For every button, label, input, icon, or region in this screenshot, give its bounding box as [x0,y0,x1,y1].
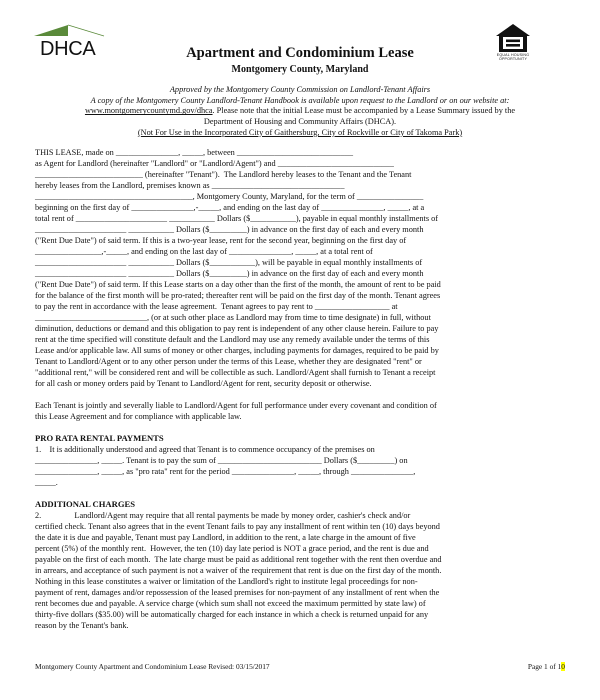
text-line: _____. [35,477,570,488]
text-line: total rent of ______________________ ___… [35,213,570,224]
text-line: THIS LEASE, made on _______________, ___… [35,147,570,158]
text-line: for the balance of the first month will … [35,290,570,301]
text-line: rent becomes due and payable. A service … [35,598,570,609]
text-line: "additional rent," will be considered re… [35,367,570,378]
text-line: __________________________ (hereinafter … [35,169,570,180]
additional-charges-heading: ADDITIONAL CHARGES [35,499,570,510]
website-link[interactable]: www.montgomerycountymd.gov/dhca [85,106,213,115]
document-subtitle: Montgomery County, Maryland [0,64,600,75]
summary-line-2: Department of Housing and Community Affa… [30,117,570,128]
text-line: ___________________________, (or at such… [35,312,570,323]
text-line: ________________,-_____, and ending on t… [35,246,570,257]
lease-paragraph: THIS LEASE, made on _______________, ___… [35,147,570,389]
text-line: ("Rent Due Date") of said term. If this … [35,279,570,290]
text-line: ______________________________________, … [35,191,570,202]
text-line: Lease and/or applicable law. All sums of… [35,345,570,356]
text-line: _______________, _____. Tenant is to pay… [35,455,570,466]
additional-charges-paragraph: 2. Landlord/Agent may require that all r… [35,510,570,631]
summary-text: . Please note that the initial Lease mus… [213,106,516,115]
text-line: ("Rent Due Date") of said term. If this … [35,235,570,246]
text-line: beginning on the first day of __________… [35,202,570,213]
text-line: thirty-five dollars ($35.00) will be aut… [35,609,570,620]
pro-rata-paragraph: 1. It is additionally understood and agr… [35,444,570,488]
text-line: certified check. Tenant also agrees that… [35,521,570,532]
text-line: diminution, deductions or demand and thi… [35,323,570,334]
approved-line: Approved by the Montgomery County Commis… [30,85,570,96]
text-line: _______________, _____, as "pro rata" re… [35,466,570,477]
text-line: payment of rent, damages and/or reposses… [35,587,570,598]
handbook-line: A copy of the Montgomery County Landlord… [30,96,570,107]
text-line: Nothing in this lease constitutes a waiv… [35,576,570,587]
text-line: 1. It is additionally understood and agr… [35,444,570,455]
footer-revision: Montgomery County Apartment and Condomin… [35,662,270,671]
notice-block: Approved by the Montgomery County Commis… [30,85,570,139]
text-line: in arrears, and acceptance of such payme… [35,565,570,576]
text-line: for all cash or money orders paid by Ten… [35,378,570,389]
document-title: Apartment and Condominium Lease [0,45,600,62]
text-line: ______________________ ___________ Dolla… [35,224,570,235]
text-line: the date it is due and payable, Tenant m… [35,532,570,543]
page-footer: Montgomery County Apartment and Condomin… [35,662,565,671]
text-line: to pay the rent in accordance with the l… [35,301,570,312]
text-line: hereby leases from the Landlord, premise… [35,180,570,191]
lease-body: THIS LEASE, made on _______________, ___… [35,147,570,631]
page-number: Page 1 of 10 [528,662,565,671]
highlighted-digit: 0 [561,662,565,671]
text-line: percent (5%) of the monthly rent. Howeve… [35,543,570,554]
text-line: ______________________ ___________ Dolla… [35,257,570,268]
text-line: 2. Landlord/Agent may require that all r… [35,510,570,521]
text-line: as Agent for Landlord (hereinafter "Land… [35,158,570,169]
house-roof-icon [34,24,106,38]
text-line: Tenant to Landlord/Agent or to any other… [35,356,570,367]
joint-liability-paragraph: Each Tenant is jointly and severally lia… [35,400,570,422]
text-line: rent at the time specified will constitu… [35,334,570,345]
text-line: this Lease Agreement and for compliance … [35,411,570,422]
text-line: Each Tenant is jointly and severally lia… [35,400,570,411]
text-line: reason by the Tenant's bank. [35,620,570,631]
text-line: payable on the first of each month. The … [35,554,570,565]
pro-rata-heading: PRO RATA RENTAL PAYMENTS [35,433,570,444]
text-line: ______________________ ___________ Dolla… [35,268,570,279]
summary-line: www.montgomerycountymd.gov/dhca. Please … [30,106,570,117]
not-for-use-notice: (Not For Use in the Incorporated City of… [30,128,570,139]
